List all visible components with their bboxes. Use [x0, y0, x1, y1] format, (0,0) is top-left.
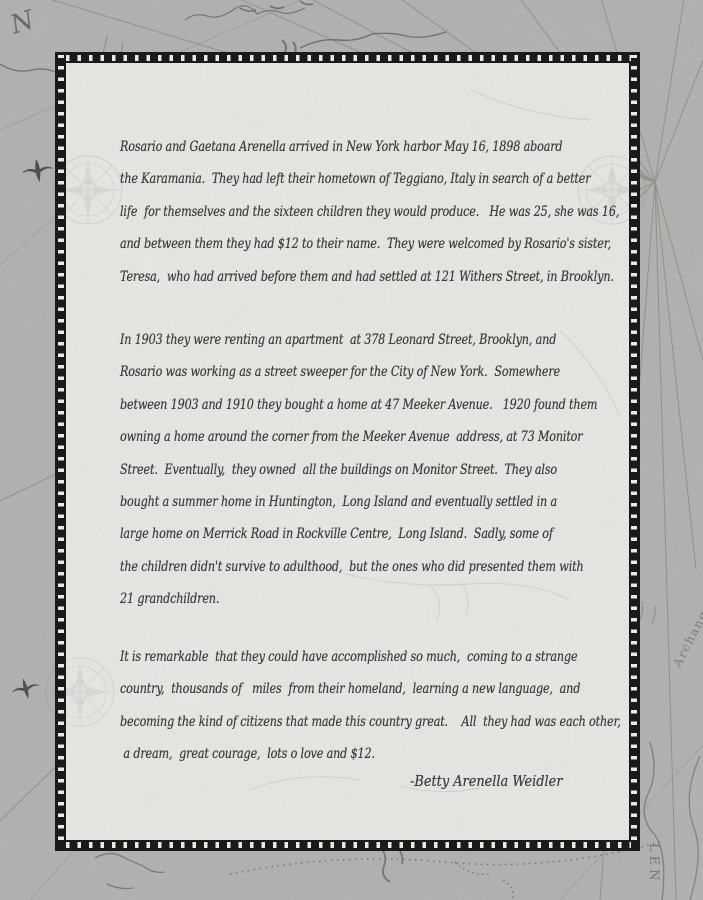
text-line: bought a summer home in Huntington, Long… [120, 486, 503, 518]
text-line: the children didn't survive to adulthood… [120, 551, 503, 583]
letter-paragraph-arrival: Rosario and Gaetana Arenella arrived in … [120, 131, 599, 293]
text-line: In 1903 they were renting an apartment a… [120, 324, 503, 356]
text-line: Rosario was working as a street sweeper … [120, 356, 503, 388]
text-line: It is remarkable that they could have ac… [120, 641, 503, 673]
text-line: Rosario and Gaetana Arenella arrived in … [120, 131, 503, 163]
signature-line: -Betty Arenella Weidler [410, 765, 562, 797]
border-rungs-bottom [58, 842, 637, 848]
letter-body: Rosario and Gaetana Arenella arrived in … [66, 63, 629, 840]
text-line: life for themselves and the sixteen chil… [120, 196, 503, 228]
text-line: 21 grandchildren. [120, 583, 503, 615]
text-line: large home on Merrick Road in Rockville … [120, 518, 503, 550]
border-rungs-right [631, 55, 637, 848]
text-line: and between them they had $12 to their n… [120, 228, 503, 260]
text-line: country, thousands of miles from their h… [120, 673, 503, 705]
text-line: the Karamania. They had left their homet… [120, 163, 503, 195]
letter-paragraph-closing: It is remarkable that they could have ac… [120, 641, 599, 771]
text-line: becoming the kind of citizens that made … [120, 706, 503, 738]
text-line: Teresa, who had arrived before them and … [120, 261, 503, 293]
scanned-letter-page: N Archangel LEN Rosa [0, 0, 703, 900]
text-line: between 1903 and 1910 they bought a home… [120, 389, 503, 421]
text-line: owning a home around the corner from the… [120, 421, 503, 453]
letter-paragraph-homes: In 1903 they were renting an apartment a… [120, 324, 599, 616]
text-line: Street. Eventually, they owned all the b… [120, 454, 503, 486]
